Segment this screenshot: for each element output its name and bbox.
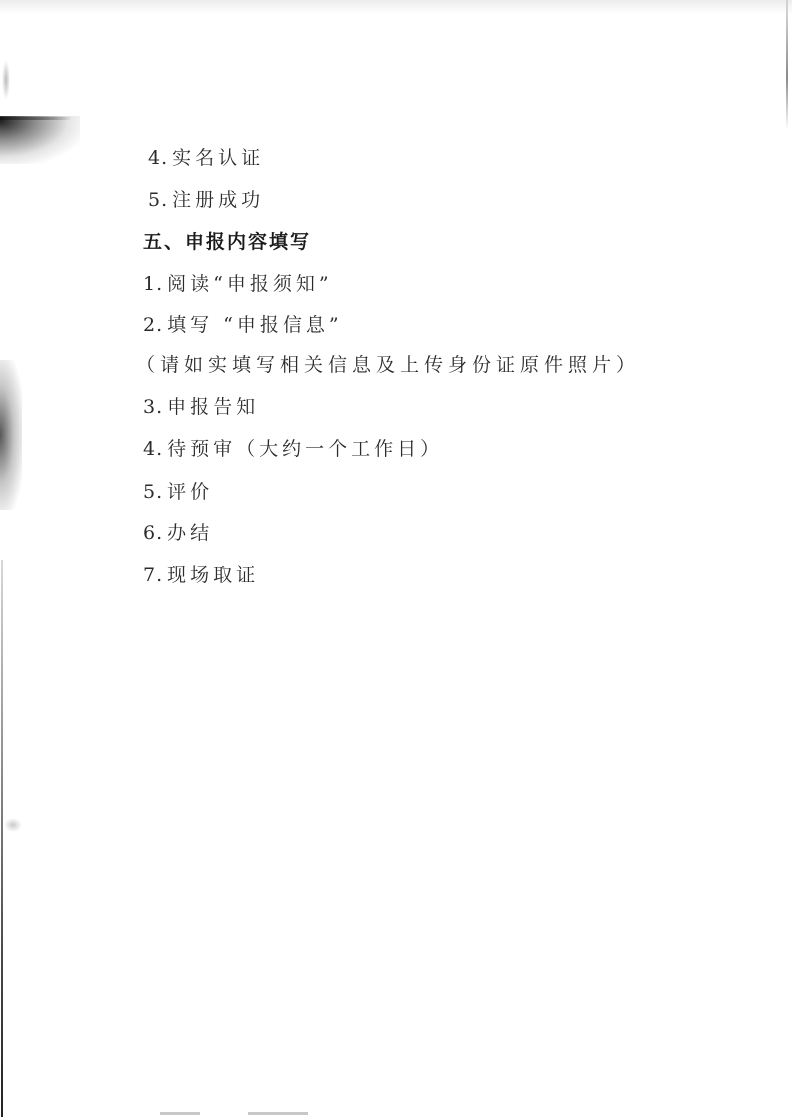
- scan-mark: [160, 1112, 200, 1115]
- item-number: 4.: [148, 147, 168, 169]
- scan-edge-line: [1, 560, 3, 1117]
- item-number: 4.: [143, 438, 163, 460]
- item-text: 评价: [167, 481, 213, 503]
- item-number: 1.: [143, 273, 163, 295]
- list-item: 4.待预审（大约一个工作日）: [143, 437, 443, 461]
- list-item: 2.填写 “申报信息”: [143, 313, 343, 337]
- item-text: 办结: [167, 522, 213, 544]
- item-number: 5.: [148, 189, 168, 211]
- item-number: 7.: [143, 564, 163, 586]
- scanned-page: 4.实名认证 5.注册成功 五、申报内容填写 1.阅读“申报须知” 2.填写 “…: [0, 0, 792, 1117]
- scan-specks: [0, 360, 22, 510]
- item-text: （请如实填写相关信息及上传身份证原件照片）: [136, 354, 640, 376]
- list-item: 1.阅读“申报须知”: [143, 272, 333, 296]
- scan-shadow-top: [0, 0, 792, 14]
- item-text: 现场取证: [167, 564, 259, 586]
- note-line: （请如实填写相关信息及上传身份证原件照片）: [136, 353, 640, 377]
- list-item: 5.评价: [143, 480, 213, 504]
- scan-smudge-line: [0, 117, 70, 120]
- item-text: 待预审（大约一个工作日）: [167, 438, 443, 460]
- item-text: 申报告知: [167, 396, 259, 418]
- item-number: 3.: [143, 396, 163, 418]
- list-item: 4.实名认证: [148, 146, 264, 170]
- scan-smudge: [0, 116, 80, 164]
- item-text: 阅读“申报须知”: [167, 273, 332, 295]
- list-item: 6.办结: [143, 521, 213, 545]
- item-number: 2.: [143, 314, 163, 336]
- scan-mark: [4, 818, 22, 832]
- list-item: 5.注册成功: [148, 188, 264, 212]
- item-number: 5.: [143, 481, 163, 503]
- list-item: 7.现场取证: [143, 563, 259, 587]
- scan-mark: [248, 1112, 308, 1115]
- scan-mark: [2, 60, 10, 100]
- scan-edge-line: [786, 0, 788, 130]
- item-number: 6.: [143, 522, 163, 544]
- list-item: 3.申报告知: [143, 395, 259, 419]
- item-text: 填写 “申报信息”: [167, 314, 342, 336]
- section-heading: 五、申报内容填写: [143, 230, 311, 254]
- item-text: 注册成功: [172, 189, 264, 211]
- item-text: 实名认证: [172, 147, 264, 169]
